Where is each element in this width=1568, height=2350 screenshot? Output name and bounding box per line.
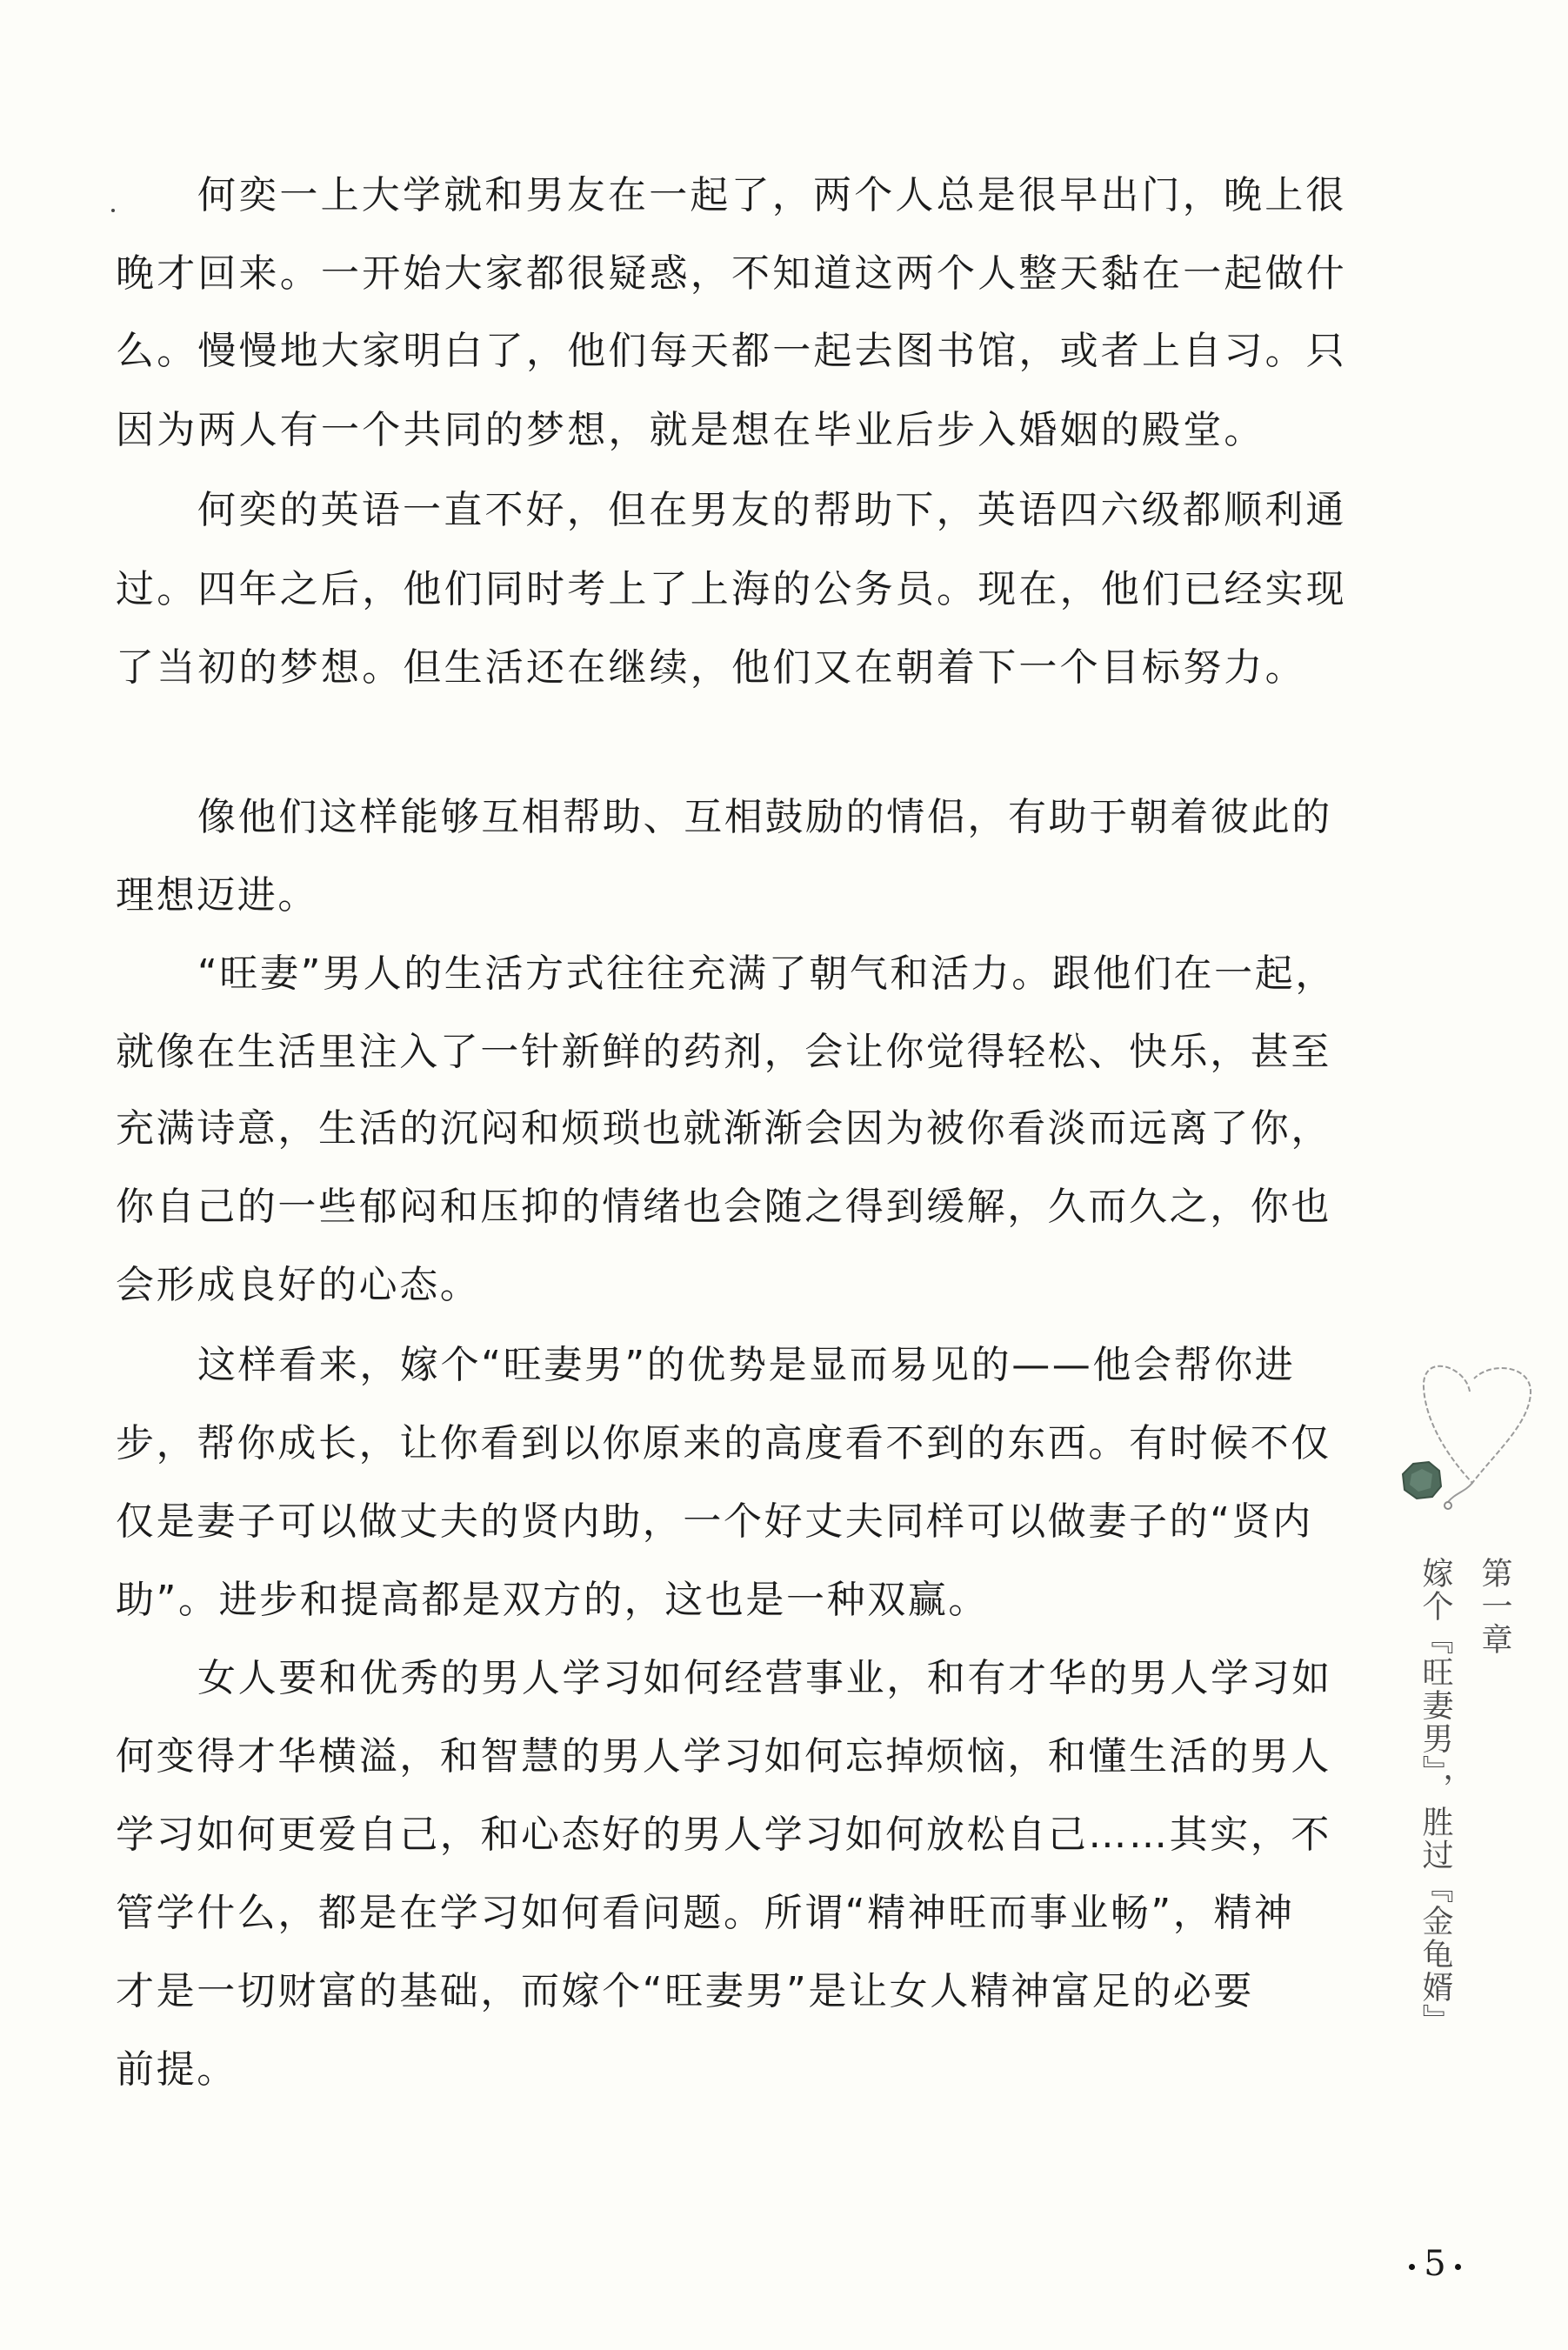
text-line: 因为两人有一个共同的梦想，就是想在毕业后步入婚姻的殿堂。	[116, 404, 1355, 457]
page-number-value: 5	[1424, 2244, 1445, 2284]
text-line: 这样看来，嫁个“旺妻男”的优势是显而易见的——他会帮你进	[116, 1339, 1437, 1392]
text-line: “旺妻”男人的生活方式往往充满了朝气和活力。跟他们在一起，	[116, 948, 1437, 1000]
text-line: 晚才回来。一开始大家都很疑惑，不知道这两个人整天黏在一起做什	[116, 248, 1355, 300]
text-line: 充满诗意，生活的沉闷和烦琐也就渐渐会因为被你看淡而远离了你，	[116, 1103, 1355, 1155]
text-line: 何变得才华横溢，和智慧的男人学习如何忘掉烦恼，和懂生活的男人	[116, 1731, 1355, 1783]
text-line: 才是一切财富的基础，而嫁个“旺妻男”是让女人精神富足的必要	[116, 1966, 1355, 2018]
page-number-dot-left	[1409, 2264, 1415, 2270]
text-line: 仅是妻子可以做丈夫的贤内助，一个好丈夫同样可以做妻子的“贤内	[116, 1496, 1355, 1548]
chapter-label: 第一章	[1477, 1557, 1511, 1656]
text-line: 你自己的一些郁闷和压抑的情绪也会随之得到缓解，久而久之，你也	[116, 1181, 1355, 1233]
text-line: 理想迈进。	[116, 870, 1355, 922]
page-number: 5	[1391, 2244, 1478, 2284]
text-line: 就像在生活里注入了一针新鲜的药剂，会让你觉得轻松、快乐，甚至	[116, 1026, 1355, 1078]
page-number-dot-right	[1455, 2264, 1461, 2270]
text-line: 何奕一上大学就和男友在一起了，两个人总是很早出门，晚上很	[116, 170, 1437, 222]
text-line: 管学什么，都是在学习如何看问题。所谓“精神旺而事业畅”，精神	[116, 1887, 1355, 1939]
book-page: 何奕一上大学就和男友在一起了，两个人总是很早出门，晚上很 晚才回来。一开始大家都…	[0, 0, 1568, 2350]
chapter-title: 嫁个『旺妻男』，胜过『金龟婿』	[1418, 1557, 1452, 2037]
text-line: 会形成良好的心态。	[116, 1259, 1355, 1312]
text-line: 过。四年之后，他们同时考上了上海的公务员。现在，他们已经实现	[116, 564, 1355, 616]
heart-necklace-icon	[1387, 1352, 1552, 1518]
text-line: 像他们这样能够互相帮助、互相鼓励的情侣，有助于朝着彼此的	[116, 791, 1437, 844]
scan-speck	[111, 209, 115, 212]
text-line: 学习如何更爱自己，和心态好的男人学习如何放松自己……其实，不	[116, 1809, 1355, 1861]
text-line: 了当初的梦想。但生活还在继续，他们又在朝着下一个目标努力。	[116, 642, 1355, 694]
text-line: 么。慢慢地大家明白了，他们每天都一起去图书馆，或者上自习。只	[116, 325, 1355, 377]
text-line: 何奕的英语一直不好，但在男友的帮助下，英语四六级都顺利通	[116, 484, 1437, 537]
text-line: 步，帮你成长，让你看到以你原来的高度看不到的东西。有时候不仅	[116, 1418, 1355, 1470]
text-line: 女人要和优秀的男人学习如何经营事业，和有才华的男人学习如	[116, 1652, 1437, 1705]
text-line: 前提。	[116, 2044, 1355, 2096]
text-line: 助”。进步和提高都是双方的，这也是一种双赢。	[116, 1574, 1355, 1626]
